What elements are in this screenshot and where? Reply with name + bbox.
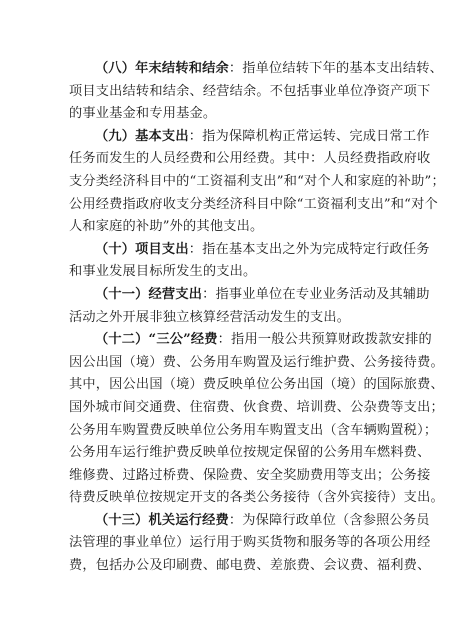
- term-heading: （十一）经营支出: [95, 287, 202, 302]
- paragraph-11-line-1: （十一）经营支出：指事业单位在专业业务活动及其辅助: [69, 284, 387, 307]
- paragraph-text-line: 项目支出结转和结余、经营结余。不包括事业单位净资产项下: [69, 81, 387, 104]
- paragraph-text-line: 国外城市间交通费、住宿费、伙食费、培训费、公杂费等支出；: [69, 397, 387, 420]
- paragraph-10-line-1: （十）项目支出：指在基本支出之外为完成特定行政任务: [69, 239, 387, 262]
- paragraph-text: ：指事业单位在专业业务活动及其辅助: [202, 287, 430, 302]
- paragraph-text-line: 的事业基金和专用基金。: [69, 103, 387, 126]
- term-heading: （十二）“三公”经费: [95, 332, 218, 347]
- document-page: （八）年末结转和结余：指单位结转下年的基本支出结转、 项目支出结转和结余、经营结…: [69, 58, 387, 578]
- paragraph-12-line-1: （十二）“三公”经费：指用一般公共预算财政拨款安排的: [69, 329, 387, 352]
- term-heading: （九）基本支出: [95, 129, 189, 144]
- paragraph-text-line: 法管理的事业单位）运行用于购买货物和服务等的各项公用经: [69, 532, 387, 555]
- paragraph-13-line-1: （十三）机关运行经费：为保障行政单位（含参照公务员: [69, 510, 387, 533]
- paragraph-text-line: 任务而发生的人员经费和公用经费。其中：人员经费指政府收: [69, 148, 387, 171]
- term-heading: （八）年末结转和结余: [95, 61, 229, 76]
- paragraph-9-line-1: （九）基本支出：指为保障机构正常运转、完成日常工作: [69, 126, 387, 149]
- paragraph-text-line: 和事业发展目标所发生的支出。: [69, 261, 387, 284]
- paragraph-text: ：为保障行政单位（含参照公务员: [229, 513, 430, 528]
- paragraph-text-line: 活动之外开展非独立核算经营活动发生的支出。: [69, 307, 387, 330]
- paragraph-text-line: 待费反映单位按规定开支的各类公务接待（含外宾接待）支出。: [69, 487, 387, 510]
- paragraph-text-line: 公务用车购置费反映单位公务用车购置支出（含车辆购置税）；: [69, 420, 387, 443]
- term-heading: （十三）机关运行经费: [95, 513, 229, 528]
- paragraph-text-line: 维修费、过路过桥费、保险费、安全奖励费用等支出；公务接: [69, 465, 387, 488]
- paragraph-text-line: 支分类经济科目中的“工资福利支出”和“对个人和家庭的补助”；: [69, 171, 387, 194]
- paragraph-text-line: 其中，因公出国（境）费反映单位公务出国（境）的国际旅费、: [69, 374, 387, 397]
- paragraph-text-line: 因公出国（境）费、公务用车购置及运行维护费、公务接待费。: [69, 352, 387, 375]
- paragraph-text-line: 公务用车运行维护费反映单位按规定保留的公务用车燃料费、: [69, 442, 387, 465]
- paragraph-text: ：指用一般公共预算财政拨款安排的: [218, 332, 432, 347]
- paragraph-8-line-1: （八）年末结转和结余：指单位结转下年的基本支出结转、: [69, 58, 387, 81]
- term-heading: （十）项目支出: [95, 242, 189, 257]
- paragraph-text: ：指为保障机构正常运转、完成日常工作: [189, 129, 430, 144]
- paragraph-text: ：指单位结转下年的基本支出结转、: [229, 61, 443, 76]
- paragraph-text-line: 公用经费指政府收支分类经济科目中除“工资福利支出”和“对个: [69, 194, 387, 217]
- paragraph-text: ：指在基本支出之外为完成特定行政任务: [189, 242, 430, 257]
- paragraph-text-line: 人和家庭的补助”外的其他支出。: [69, 216, 387, 239]
- paragraph-text-line: 费，包括办公及印刷费、邮电费、差旅费、会议费、福利费、: [69, 555, 387, 578]
